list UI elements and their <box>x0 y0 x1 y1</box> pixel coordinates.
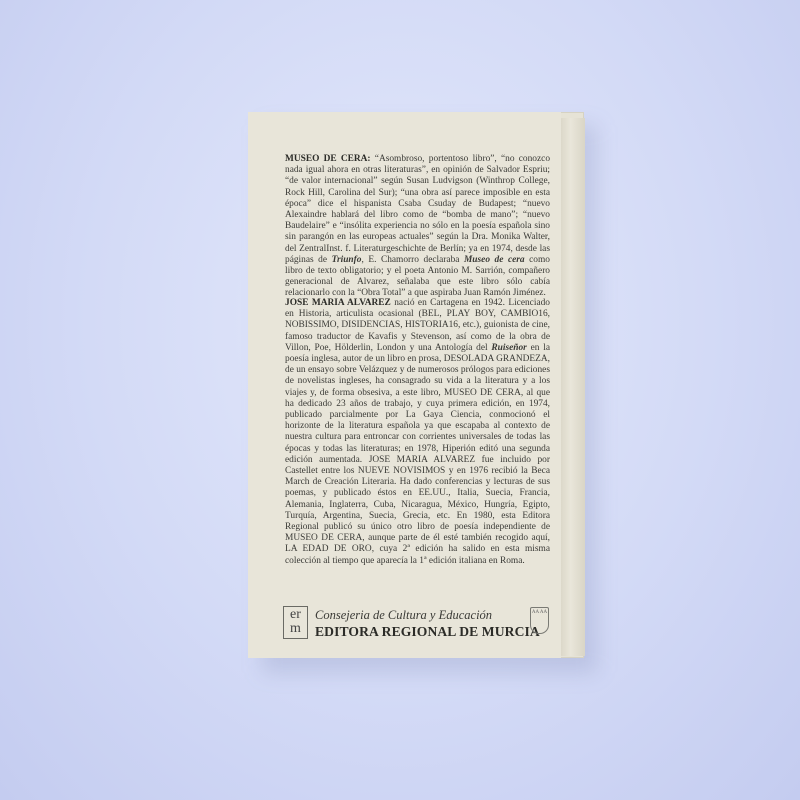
blurb-title: MUSEO DE CERA: <box>285 154 371 164</box>
book-page-edge <box>560 118 585 656</box>
publisher-name: EDITORA REGIONAL DE MURCIA <box>315 624 540 640</box>
department-name: Consejeria de Cultura y Educación <box>315 608 492 623</box>
coat-of-arms-icon: AA AA <box>530 607 549 634</box>
publisher-footer: er m Consejeria de Cultura y Educación E… <box>283 606 553 642</box>
erm-logo-icon: er m <box>283 606 308 639</box>
author-bio-paragraph: JOSE MARIA ALVAREZ nació en Cartagena en… <box>285 298 550 567</box>
author-name: JOSE MARIA ALVAREZ <box>285 298 391 308</box>
blurb-paragraph: MUSEO DE CERA: “Asombroso, portentoso li… <box>285 154 550 300</box>
